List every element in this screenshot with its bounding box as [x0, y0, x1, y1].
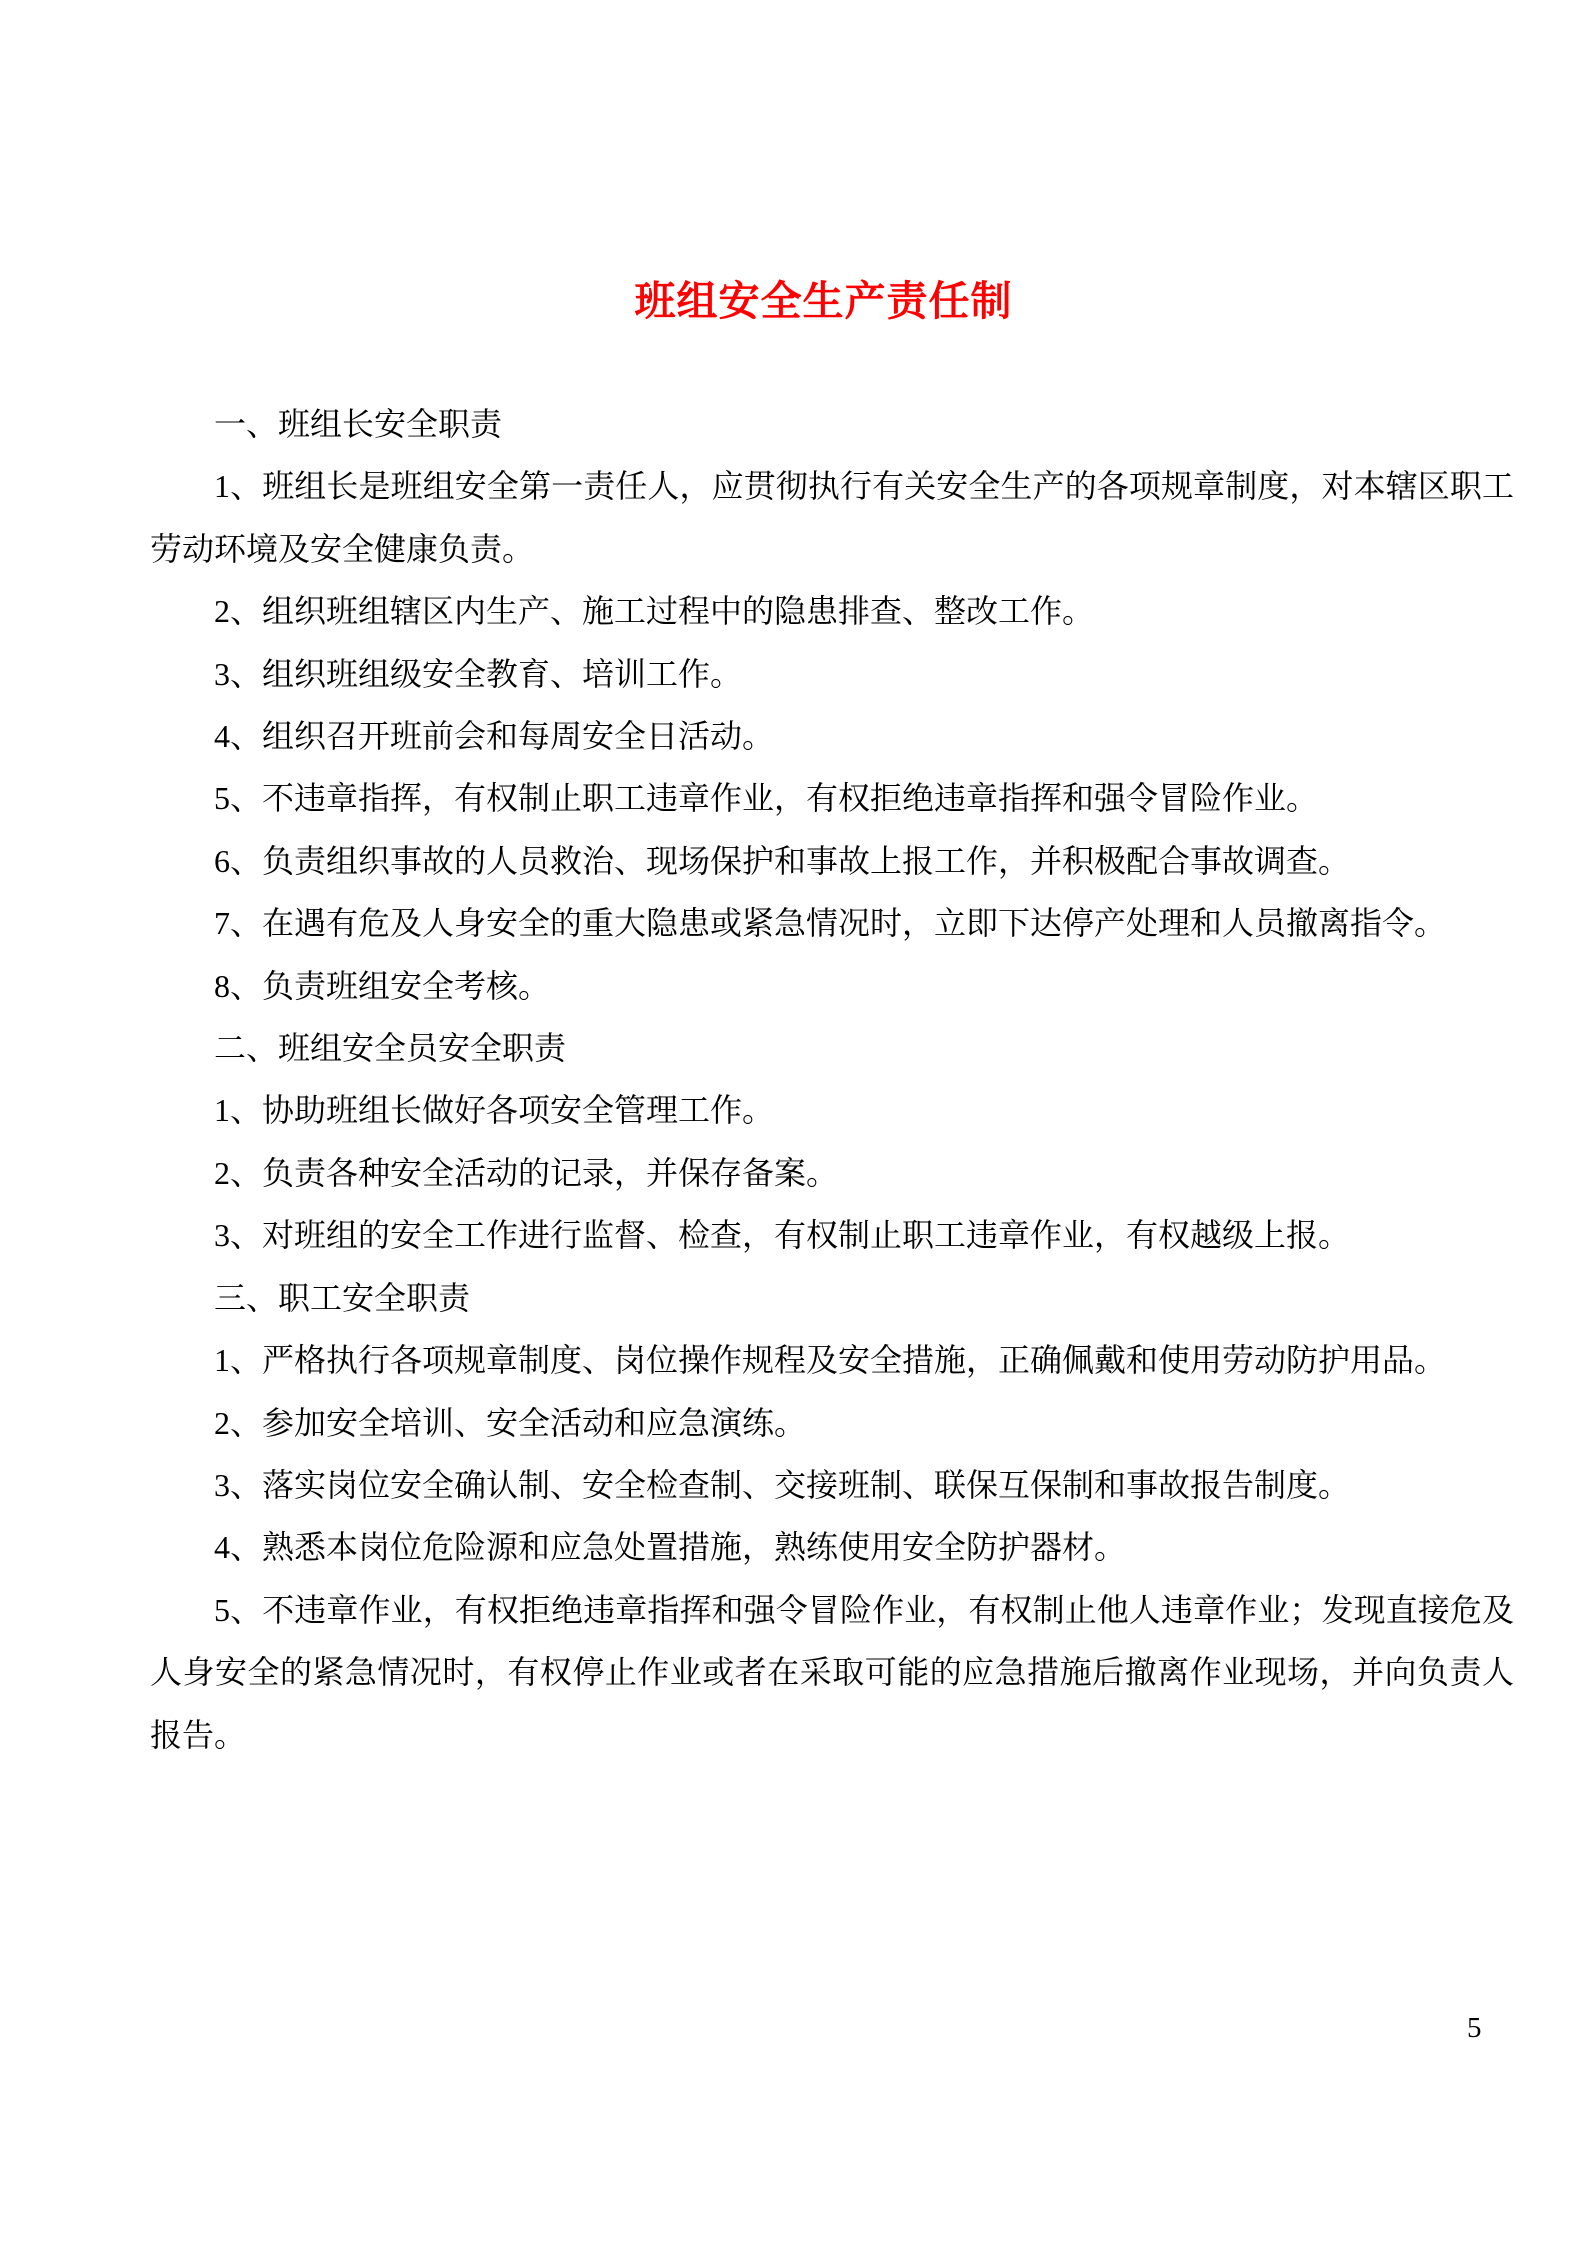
section-1-heading: 一、班组长安全职责 — [150, 393, 1514, 455]
section-3-item-4: 4、熟悉本岗位危险源和应急处置措施，熟练使用安全防护器材。 — [150, 1516, 1514, 1578]
section-1-item-2: 2、组织班组辖区内生产、施工过程中的隐患排查、整改工作。 — [150, 580, 1514, 642]
section-3-item-3: 3、落实岗位安全确认制、安全检查制、交接班制、联保互保制和事故报告制度。 — [150, 1454, 1514, 1516]
section-2-item-2: 2、负责各种安全活动的记录，并保存备案。 — [150, 1142, 1514, 1204]
section-3-item-5: 5、不违章作业，有权拒绝违章指挥和强令冒险作业，有权制止他人违章作业；发现直接危… — [150, 1579, 1514, 1766]
page-number: 5 — [1467, 2013, 1482, 2045]
section-1-item-5: 5、不违章指挥，有权制止职工违章作业，有权拒绝违章指挥和强令冒险作业。 — [150, 767, 1514, 829]
section-2-item-1: 1、协助班组长做好各项安全管理工作。 — [150, 1079, 1514, 1141]
section-2-item-3: 3、对班组的安全工作进行监督、检查，有权制止职工违章作业，有权越级上报。 — [150, 1204, 1514, 1266]
section-3-heading: 三、职工安全职责 — [150, 1267, 1514, 1329]
section-1-item-3: 3、组织班组级安全教育、培训工作。 — [150, 643, 1514, 705]
section-1-item-6: 6、负责组织事故的人员救治、现场保护和事故上报工作，并积极配合事故调查。 — [150, 830, 1514, 892]
section-1-item-4: 4、组织召开班前会和每周安全日活动。 — [150, 705, 1514, 767]
section-3-item-2: 2、参加安全培训、安全活动和应急演练。 — [150, 1392, 1514, 1454]
document-page: 班组安全生产责任制 一、班组长安全职责 1、班组长是班组安全第一责任人，应贯彻执… — [0, 0, 1587, 2245]
page-title: 班组安全生产责任制 — [150, 279, 1497, 324]
section-2-heading: 二、班组安全员安全职责 — [150, 1017, 1514, 1079]
section-1-item-1: 1、班组长是班组安全第一责任人，应贯彻执行有关安全生产的各项规章制度，对本辖区职… — [150, 455, 1514, 580]
section-1-item-7: 7、在遇有危及人身安全的重大隐患或紧急情况时，立即下达停产处理和人员撤离指令。 — [150, 892, 1514, 954]
section-3-item-1: 1、严格执行各项规章制度、岗位操作规程及安全措施，正确佩戴和使用劳动防护用品。 — [150, 1329, 1514, 1391]
section-1-item-8: 8、负责班组安全考核。 — [150, 955, 1514, 1017]
document-body: 一、班组长安全职责 1、班组长是班组安全第一责任人，应贯彻执行有关安全生产的各项… — [150, 393, 1514, 1766]
